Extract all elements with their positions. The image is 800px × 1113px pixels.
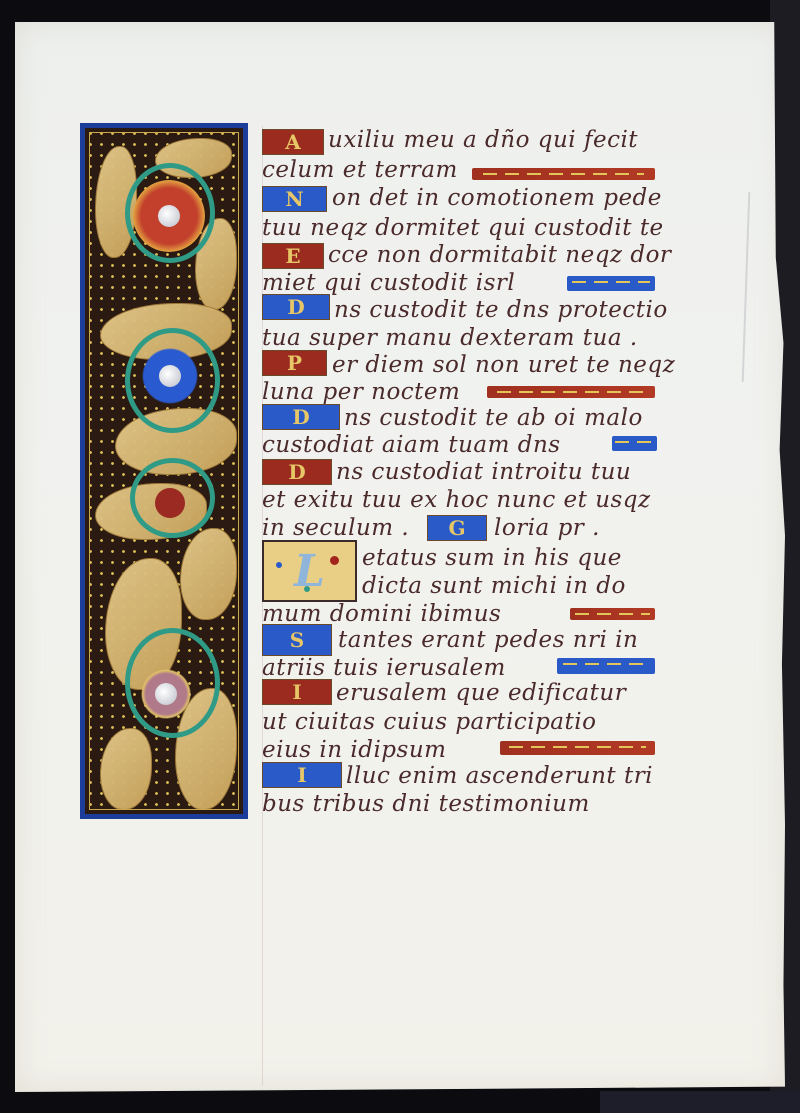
- text-line: celum et terram: [262, 156, 458, 184]
- text-line: ns custodiat introitu tuu: [336, 458, 631, 486]
- line-filler-red: [500, 741, 655, 755]
- red-dot-icon: [330, 556, 339, 565]
- text-line: tua super manu dexteram tua .: [262, 324, 638, 352]
- text-line: erusalem que edificatur: [336, 679, 626, 707]
- green-dot-icon: [304, 586, 310, 592]
- initial-I: I: [262, 762, 342, 788]
- initial-D: D: [262, 404, 340, 430]
- text-line: ns custodit te ab oi malo: [344, 404, 643, 432]
- decorated-initial-L: L: [262, 540, 357, 602]
- line-filler-red: [487, 386, 655, 398]
- decorated-border: [80, 123, 248, 819]
- initial-G: G: [427, 515, 487, 541]
- initial-N: N: [262, 186, 327, 212]
- initial-A: A: [262, 129, 324, 155]
- text-line: eius in idipsum: [262, 736, 446, 764]
- text-line: atriis tuis ierusalem: [262, 654, 506, 682]
- text-line: ut ciuitas cuius participatio: [262, 708, 596, 736]
- text-line: tuu neqz dormitet qui custodit te: [262, 214, 664, 242]
- initial-I: I: [262, 679, 332, 705]
- initial-D: D: [262, 459, 332, 485]
- initial-E: E: [262, 243, 324, 269]
- text-line: cce non dormitabit neqz dor: [328, 241, 671, 269]
- text-line: custodiat aiam tuam dns: [262, 431, 561, 459]
- line-filler-blue: [612, 436, 657, 451]
- text-line: uxiliu meu a dño qui fecit: [328, 126, 638, 154]
- text-line: etatus sum in his que: [362, 544, 622, 572]
- text-line: in seculum .: [262, 514, 409, 542]
- text-line: et exitu tuu ex hoc nunc et usqz: [262, 486, 651, 514]
- leaf-crease: [742, 192, 751, 382]
- text-line: bus tribus dni testimonium: [262, 790, 590, 818]
- border-inner-rule: [89, 132, 239, 810]
- text-line: miet qui custodit isrl: [262, 269, 515, 297]
- initial-P: P: [262, 350, 327, 376]
- text-line: loria pr .: [494, 514, 600, 542]
- initial-D: D: [262, 294, 330, 320]
- text-line: er diem sol non uret te neqz: [332, 351, 675, 379]
- text-line: tantes erant pedes nri in: [338, 626, 638, 654]
- text-line: dicta sunt michi in do: [362, 572, 626, 600]
- blue-dot-icon: [276, 562, 282, 568]
- initial-S: S: [262, 624, 332, 656]
- line-filler-red: [472, 168, 655, 180]
- line-filler-blue: [567, 276, 655, 291]
- text-line: ns custodit te dns protectio: [334, 296, 668, 324]
- line-filler-red: [570, 608, 655, 620]
- line-filler-blue: [557, 658, 655, 674]
- background-bottom-right: [600, 1091, 800, 1113]
- text-line: on det in comotionem pede: [332, 184, 662, 212]
- text-line: luna per noctem: [262, 378, 460, 406]
- text-line: lluc enim ascenderunt tri: [346, 762, 653, 790]
